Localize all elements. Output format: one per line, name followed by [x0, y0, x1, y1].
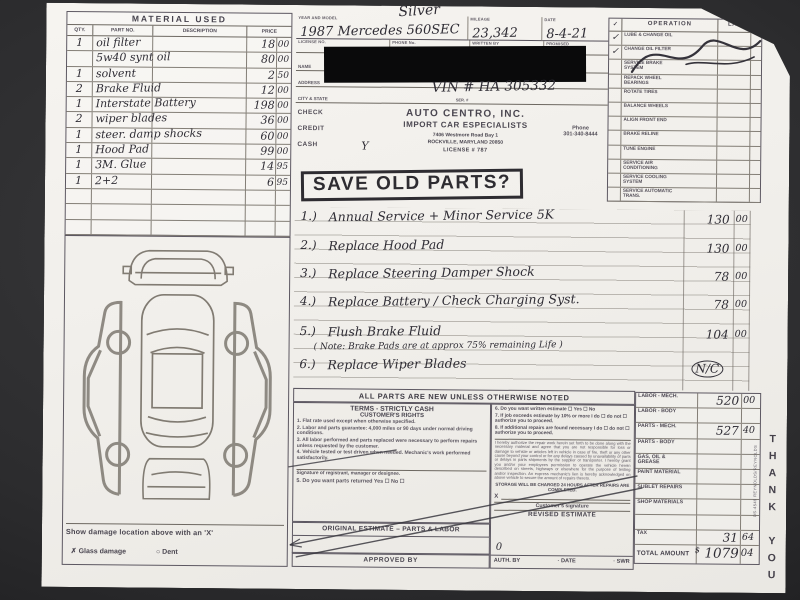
operation-checkmark — [609, 88, 622, 101]
written-by-label: WRITTEN BY — [472, 40, 499, 45]
totals-table: LABOR - MECH. 520 00 LABOR - BODY PARTS … — [634, 392, 761, 565]
material-price-cents: 95 — [276, 176, 288, 189]
material-qty — [66, 204, 92, 219]
operation-checkmark — [608, 145, 621, 158]
year-model-value: 1987 Mercedes 560SEC — [300, 22, 460, 40]
operation-checkmark — [608, 131, 621, 144]
operation-labor-cell — [717, 189, 760, 203]
shop-phone-block: Phone 301-340-8444 — [553, 125, 607, 137]
estimate-item-7: 7. If job exceeds estimate by 10% or mor… — [495, 413, 631, 425]
part-no-header: PART NO. — [93, 25, 153, 36]
service-text: Replace Wiper Blades — [327, 356, 466, 373]
date-label-bottom: · DATE — [558, 558, 576, 568]
damage-caption: Show damage location above with an 'X' — [66, 523, 284, 538]
material-price-dollars: 80 — [261, 53, 275, 67]
material-price-cents: 00 — [277, 131, 289, 144]
material-price-dollars: 18 — [261, 38, 275, 52]
totals-label: LABOR - MECH. — [636, 393, 698, 408]
service-number: 6.) — [299, 357, 315, 371]
service-cents: 00 — [735, 271, 747, 282]
service-writeup-area: 1.) Annual Service + Minor Service 5K 13… — [293, 207, 751, 391]
operation-label: SERVICE AUTOMATIC TRANS. — [621, 188, 717, 202]
material-price-cents: 00 — [277, 100, 289, 113]
material-entry-handwriting: wiper blades — [95, 111, 247, 127]
license-label: LICENSE NO. — [298, 39, 326, 44]
operation-labor-cell — [717, 132, 760, 146]
shop-phone-number: 301-340-8444 — [553, 131, 607, 137]
date-label: DATE — [544, 17, 555, 22]
material-entry-handwriting: Interstate Battery — [96, 95, 248, 111]
material-price-cents: 50 — [277, 69, 289, 82]
operation-checkmark: ✓ — [609, 46, 622, 59]
auth-by-label: AUTH. BY — [494, 558, 521, 568]
operation-row: ALIGN FRONT END — [608, 117, 760, 133]
material-part-cell — [92, 204, 152, 219]
service-price: 104 — [683, 327, 729, 341]
shop-name: AUTO CENTRO, INC. — [368, 108, 564, 121]
material-qty: 2 — [67, 82, 93, 97]
authorization-fine-print: I hereby authorize the repair work herei… — [494, 438, 630, 481]
customer-signature-x-row: X — [494, 493, 630, 500]
totals-label: GAS, OIL & GREASE — [636, 454, 698, 469]
operation-checkmark — [608, 159, 621, 172]
date-field: DATE 8-4-21 — [542, 17, 608, 42]
material-part-cell — [92, 220, 152, 235]
serial-label: SER. # — [456, 97, 469, 102]
totals-row: PAINT MATERIAL — [635, 469, 759, 485]
totals-row: GAS, OIL & GREASE — [636, 454, 760, 470]
operation-labor-cell — [717, 174, 760, 188]
totals-label: PARTS - BODY — [636, 438, 698, 453]
material-price-dollars: 99 — [260, 145, 274, 159]
material-price-cell — [246, 190, 290, 205]
price-header: PRICE — [247, 27, 291, 37]
service-cents: 00 — [735, 243, 747, 254]
material-price-cents: 00 — [277, 85, 289, 98]
no-charge-mark: N/C — [691, 360, 723, 377]
material-price-cell — [246, 221, 290, 236]
service-text: Flush Brake Fluid — [328, 323, 442, 339]
material-price-cents: 95 — [277, 161, 289, 174]
totals-dollars: 520 — [698, 393, 742, 408]
phone-label: PHONE No. — [392, 40, 416, 45]
dollar-sign-handwriting: $ — [695, 542, 700, 558]
service-price: 78 — [683, 297, 729, 311]
totals-dollars — [698, 454, 742, 469]
operation-row: BALANCE WHEELS — [609, 103, 761, 119]
car-views-illustration — [63, 240, 291, 506]
car-color-handwriting: Silver — [398, 2, 440, 20]
service-line-1: 1.) Annual Service + Minor Service 5K 13… — [295, 209, 751, 239]
date-value: 8-4-21 — [546, 26, 588, 42]
material-part-cell — [92, 189, 152, 204]
totals-cents: 40 — [742, 424, 760, 438]
material-desc-cell — [152, 220, 246, 235]
revised-estimate-bar: REVISED ESTIMATE — [494, 509, 630, 518]
approved-by-bar: APPROVED BY — [292, 553, 490, 569]
operation-label: BALANCE WHEELS — [622, 103, 718, 117]
material-price-dollars: 2 — [268, 68, 275, 82]
totals-label — [635, 514, 697, 529]
operation-checkmark — [609, 74, 622, 87]
material-entry-handwriting: 3M. Glue — [95, 156, 247, 172]
operation-label: SERVICE COOLING SYSTEM — [621, 174, 717, 188]
totals-cents: 00 — [742, 394, 760, 408]
service-cents: 00 — [735, 299, 747, 310]
service-cents: 00 — [735, 329, 747, 340]
operation-labor-cell — [718, 89, 761, 103]
material-price-dollars: 198 — [254, 99, 275, 113]
payment-cash: CASH — [297, 141, 324, 148]
name-label: NAME — [298, 64, 311, 69]
material-price-dollars: 6 — [267, 175, 274, 189]
service-text: Replace Steering Damper Shock — [328, 264, 535, 282]
terms-item-4: 4. Vehicle tested or test driven when ne… — [297, 450, 487, 463]
parts-returned-question: 5. Do you want parts returned Yes ☐ No ☐ — [296, 478, 486, 486]
material-price-cents: 00 — [277, 115, 289, 128]
material-qty: 1 — [66, 128, 92, 143]
totals-label: LABOR - BODY — [636, 408, 698, 423]
material-qty — [66, 220, 92, 235]
service-number: 5.) — [300, 324, 316, 338]
material-qty: 1 — [67, 67, 93, 82]
material-qty: 1 — [67, 36, 93, 51]
material-entry-handwriting: 5w40 synt oil — [96, 49, 248, 65]
totals-dollars: 31 — [697, 530, 741, 545]
dent-legend: ○ Dent — [156, 549, 178, 556]
damage-legend: ✗ Glass damage ○ Dent — [71, 547, 283, 557]
material-price-cents: 00 — [277, 146, 289, 159]
operation-row: ROTATE TIRES — [609, 88, 761, 104]
zero-handwriting: 0 — [496, 542, 502, 553]
service-price: 130 — [683, 241, 729, 255]
operation-checkmark — [609, 103, 622, 116]
material-entry-handwriting: oil filter — [96, 34, 248, 50]
totals-label: PARTS - MECH. — [636, 423, 698, 438]
service-line-4: 4.) Replace Battery / Check Charging Sys… — [294, 294, 750, 324]
operation-checkmark — [608, 117, 621, 130]
year-model-field: YEAR AND MODEL 1987 Mercedes 560SEC — [296, 15, 468, 41]
material-used-table: MATERIAL USED QTY. PART NO. DESCRIPTION … — [65, 11, 293, 237]
year-model-label: YEAR AND MODEL — [298, 15, 337, 20]
material-qty: 2 — [66, 112, 92, 127]
service-text: Replace Hood Pad — [328, 237, 444, 253]
mileage-value: 23,342 — [472, 26, 518, 42]
totals-cents: 64 — [741, 531, 759, 545]
x-signature-mark: X — [494, 493, 498, 499]
total-amount-cents: 04 — [741, 546, 759, 564]
shop-tagline: IMPORT CAR ESPECIALISTS — [367, 120, 563, 131]
material-qty: 1 — [66, 158, 92, 173]
payment-check: CHECK — [298, 109, 325, 116]
operation-labor-cell — [718, 104, 761, 118]
totals-dollars — [697, 485, 741, 500]
totals-label: TAX — [635, 530, 697, 545]
totals-rows: LABOR - MECH. 520 00 LABOR - BODY PARTS … — [635, 393, 760, 546]
shop-identity-block: AUTO CENTRO, INC. IMPORT CAR ESPECIALIST… — [367, 108, 563, 155]
material-price-dollars: 14 — [260, 160, 274, 174]
material-entry-handwriting: steer. damp shocks — [95, 126, 247, 142]
total-amount-row: TOTAL AMOUNT $1079 04 — [635, 545, 759, 564]
material-entry-handwriting: Brake Fluid — [96, 80, 248, 96]
service-text: Annual Service + Minor Service 5K — [329, 206, 555, 224]
operation-row: SERVICE AIR CONDITIONING — [608, 159, 760, 175]
total-amount-dollars: $1079 — [697, 545, 741, 563]
shop-license: LICENSE # 787 — [367, 147, 563, 155]
operation-row: SERVICE AUTOMATIC TRANS. — [608, 188, 760, 204]
shop-address-line2: ROCKVILLE, MARYLAND 20850 — [367, 139, 563, 147]
totals-row: LABOR - MECH. 520 00 — [636, 393, 760, 409]
vin-handwriting: VIN # HA 305332 — [432, 78, 556, 96]
estimate-authorization-box: 6. Do you want written estimate ☐ Yes ☐ … — [490, 404, 635, 570]
terms-box: TERMS - STRICTLY CASH CUSTOMER'S RIGHTS … — [292, 402, 491, 524]
totals-row — [635, 514, 759, 530]
material-price-dollars: 12 — [261, 84, 275, 98]
mechanic-signature-scribble — [626, 30, 766, 83]
material-price-dollars: 60 — [260, 129, 274, 143]
totals-cents — [742, 409, 760, 423]
material-qty: 1 — [66, 174, 92, 189]
mileage-label: MILEAGE — [470, 16, 490, 21]
operation-label: SERVICE AIR CONDITIONING — [621, 159, 717, 173]
operation-checkmark — [608, 188, 621, 201]
storage-notice: STORAGE WILL BE CHARGED 24 HOURS AFTER R… — [494, 481, 630, 492]
mileage-field: MILEAGE 23,342 — [468, 16, 542, 41]
material-entry-handwriting: solvent — [96, 65, 248, 81]
thank-you-vertical-text: THANK YOU — [765, 433, 778, 586]
estimate-item-6: 6. Do you want written estimate ☐ Yes ☐ … — [495, 407, 631, 414]
operation-row: SERVICE COOLING SYSTEM — [608, 174, 760, 190]
totals-label: PAINT MATERIAL — [635, 469, 697, 484]
operation-label: ALIGN FRONT END — [621, 117, 717, 131]
payment-options: CHECK CREDIT CASH — [297, 109, 325, 157]
service-price: 130 — [684, 212, 730, 226]
swr-label: · SWR — [613, 559, 630, 569]
payment-credit: CREDIT — [297, 125, 324, 132]
material-entry-handwriting: Hood Pad — [95, 141, 247, 157]
totals-cents — [741, 515, 759, 529]
material-row — [66, 220, 290, 237]
operation-label: ROTATE TIRES — [622, 89, 718, 103]
totals-dollars — [697, 500, 741, 515]
totals-dollars — [697, 515, 741, 530]
save-old-parts-stamp: SAVE OLD PARTS? — [301, 169, 523, 202]
qty-header: QTY. — [67, 25, 93, 35]
material-desc-cell — [152, 205, 246, 220]
vehicle-info-row: YEAR AND MODEL 1987 Mercedes 560SEC MILE… — [296, 15, 608, 42]
material-price-cents: 00 — [278, 54, 290, 67]
service-text: Replace Battery / Check Charging Syst. — [328, 291, 580, 309]
totals-row: SUBLET REPAIRS — [635, 484, 759, 500]
total-amount-label: TOTAL AMOUNT — [635, 545, 697, 564]
material-entry-handwriting: 2+2 — [95, 172, 247, 188]
original-estimate-blank-row — [292, 536, 490, 555]
material-price-cents: 00 — [278, 39, 290, 52]
totals-dollars: 527 — [698, 424, 742, 439]
estimate-item-8: 8. If additional repairs are found neces… — [495, 425, 631, 437]
operation-checkmark — [608, 174, 621, 187]
material-rows: 1 oil filter 18 00 5w40 synt o — [66, 36, 292, 237]
operation-label: TUNE ENGINE — [621, 145, 717, 159]
auth-by-row: AUTH. BY · DATE · SWR — [491, 555, 633, 569]
glass-damage-legend: ✗ Glass damage — [71, 548, 126, 555]
totals-row: PARTS - BODY — [636, 438, 760, 454]
material-qty — [66, 189, 92, 204]
totals-row: LABOR - BODY — [636, 408, 760, 424]
service-number: 4.) — [300, 294, 316, 308]
operation-labor-cell — [717, 118, 760, 132]
repair-order-sheet: MATERIAL USED QTY. PART NO. DESCRIPTION … — [41, 3, 790, 593]
service-cents: 00 — [736, 214, 748, 225]
totals-dollars — [697, 469, 741, 484]
service-line-6: 6.) Replace Wiper Blades N/C — [293, 357, 749, 387]
operation-checkmark: ✓ — [609, 32, 622, 45]
signature-line — [501, 494, 630, 501]
totals-dollars — [698, 439, 742, 454]
material-qty: 1 — [66, 143, 92, 158]
check-column-header: ✓ — [609, 19, 622, 31]
damage-diagram-box: Show damage location above with an 'X' ✗… — [62, 235, 291, 567]
operation-checkmark — [609, 60, 622, 73]
operation-label: BRAKE RELINE — [621, 131, 717, 145]
service-price: 78 — [683, 269, 729, 283]
operation-row: BRAKE RELINE — [608, 131, 760, 147]
material-price-dollars: 36 — [260, 114, 274, 128]
customer-signature-label: Customer's signature — [494, 501, 630, 509]
totals-label: SUBLET REPAIRS — [635, 484, 697, 499]
totals-row: PARTS - MECH. 527 40 — [636, 423, 760, 439]
registrant-signature-note: Signature of registrant, manager or desi… — [296, 471, 486, 478]
operation-labor-cell — [717, 146, 760, 160]
photo-background: MATERIAL USED QTY. PART NO. DESCRIPTION … — [0, 0, 800, 600]
material-desc-cell — [152, 190, 246, 205]
operation-labor-cell — [717, 160, 760, 174]
totals-label: SHOP MATERIALS — [635, 499, 697, 514]
service-number: 2.) — [300, 238, 316, 252]
form-number-vertical-text: OS-4549 REYNOLDS/REYNOLDS — [752, 445, 758, 517]
material-qty — [67, 51, 93, 66]
totals-dollars — [698, 409, 742, 424]
service-number: 1.) — [301, 209, 317, 223]
totals-row: SHOP MATERIALS — [635, 499, 759, 515]
address-label: ADDRESS — [298, 80, 320, 85]
operation-row: TUNE ENGINE — [608, 145, 760, 161]
service-number: 3.) — [300, 266, 316, 280]
city-state-label: CITY & STATE — [298, 96, 328, 101]
material-qty: 1 — [67, 97, 93, 112]
material-price-cell — [246, 206, 290, 221]
